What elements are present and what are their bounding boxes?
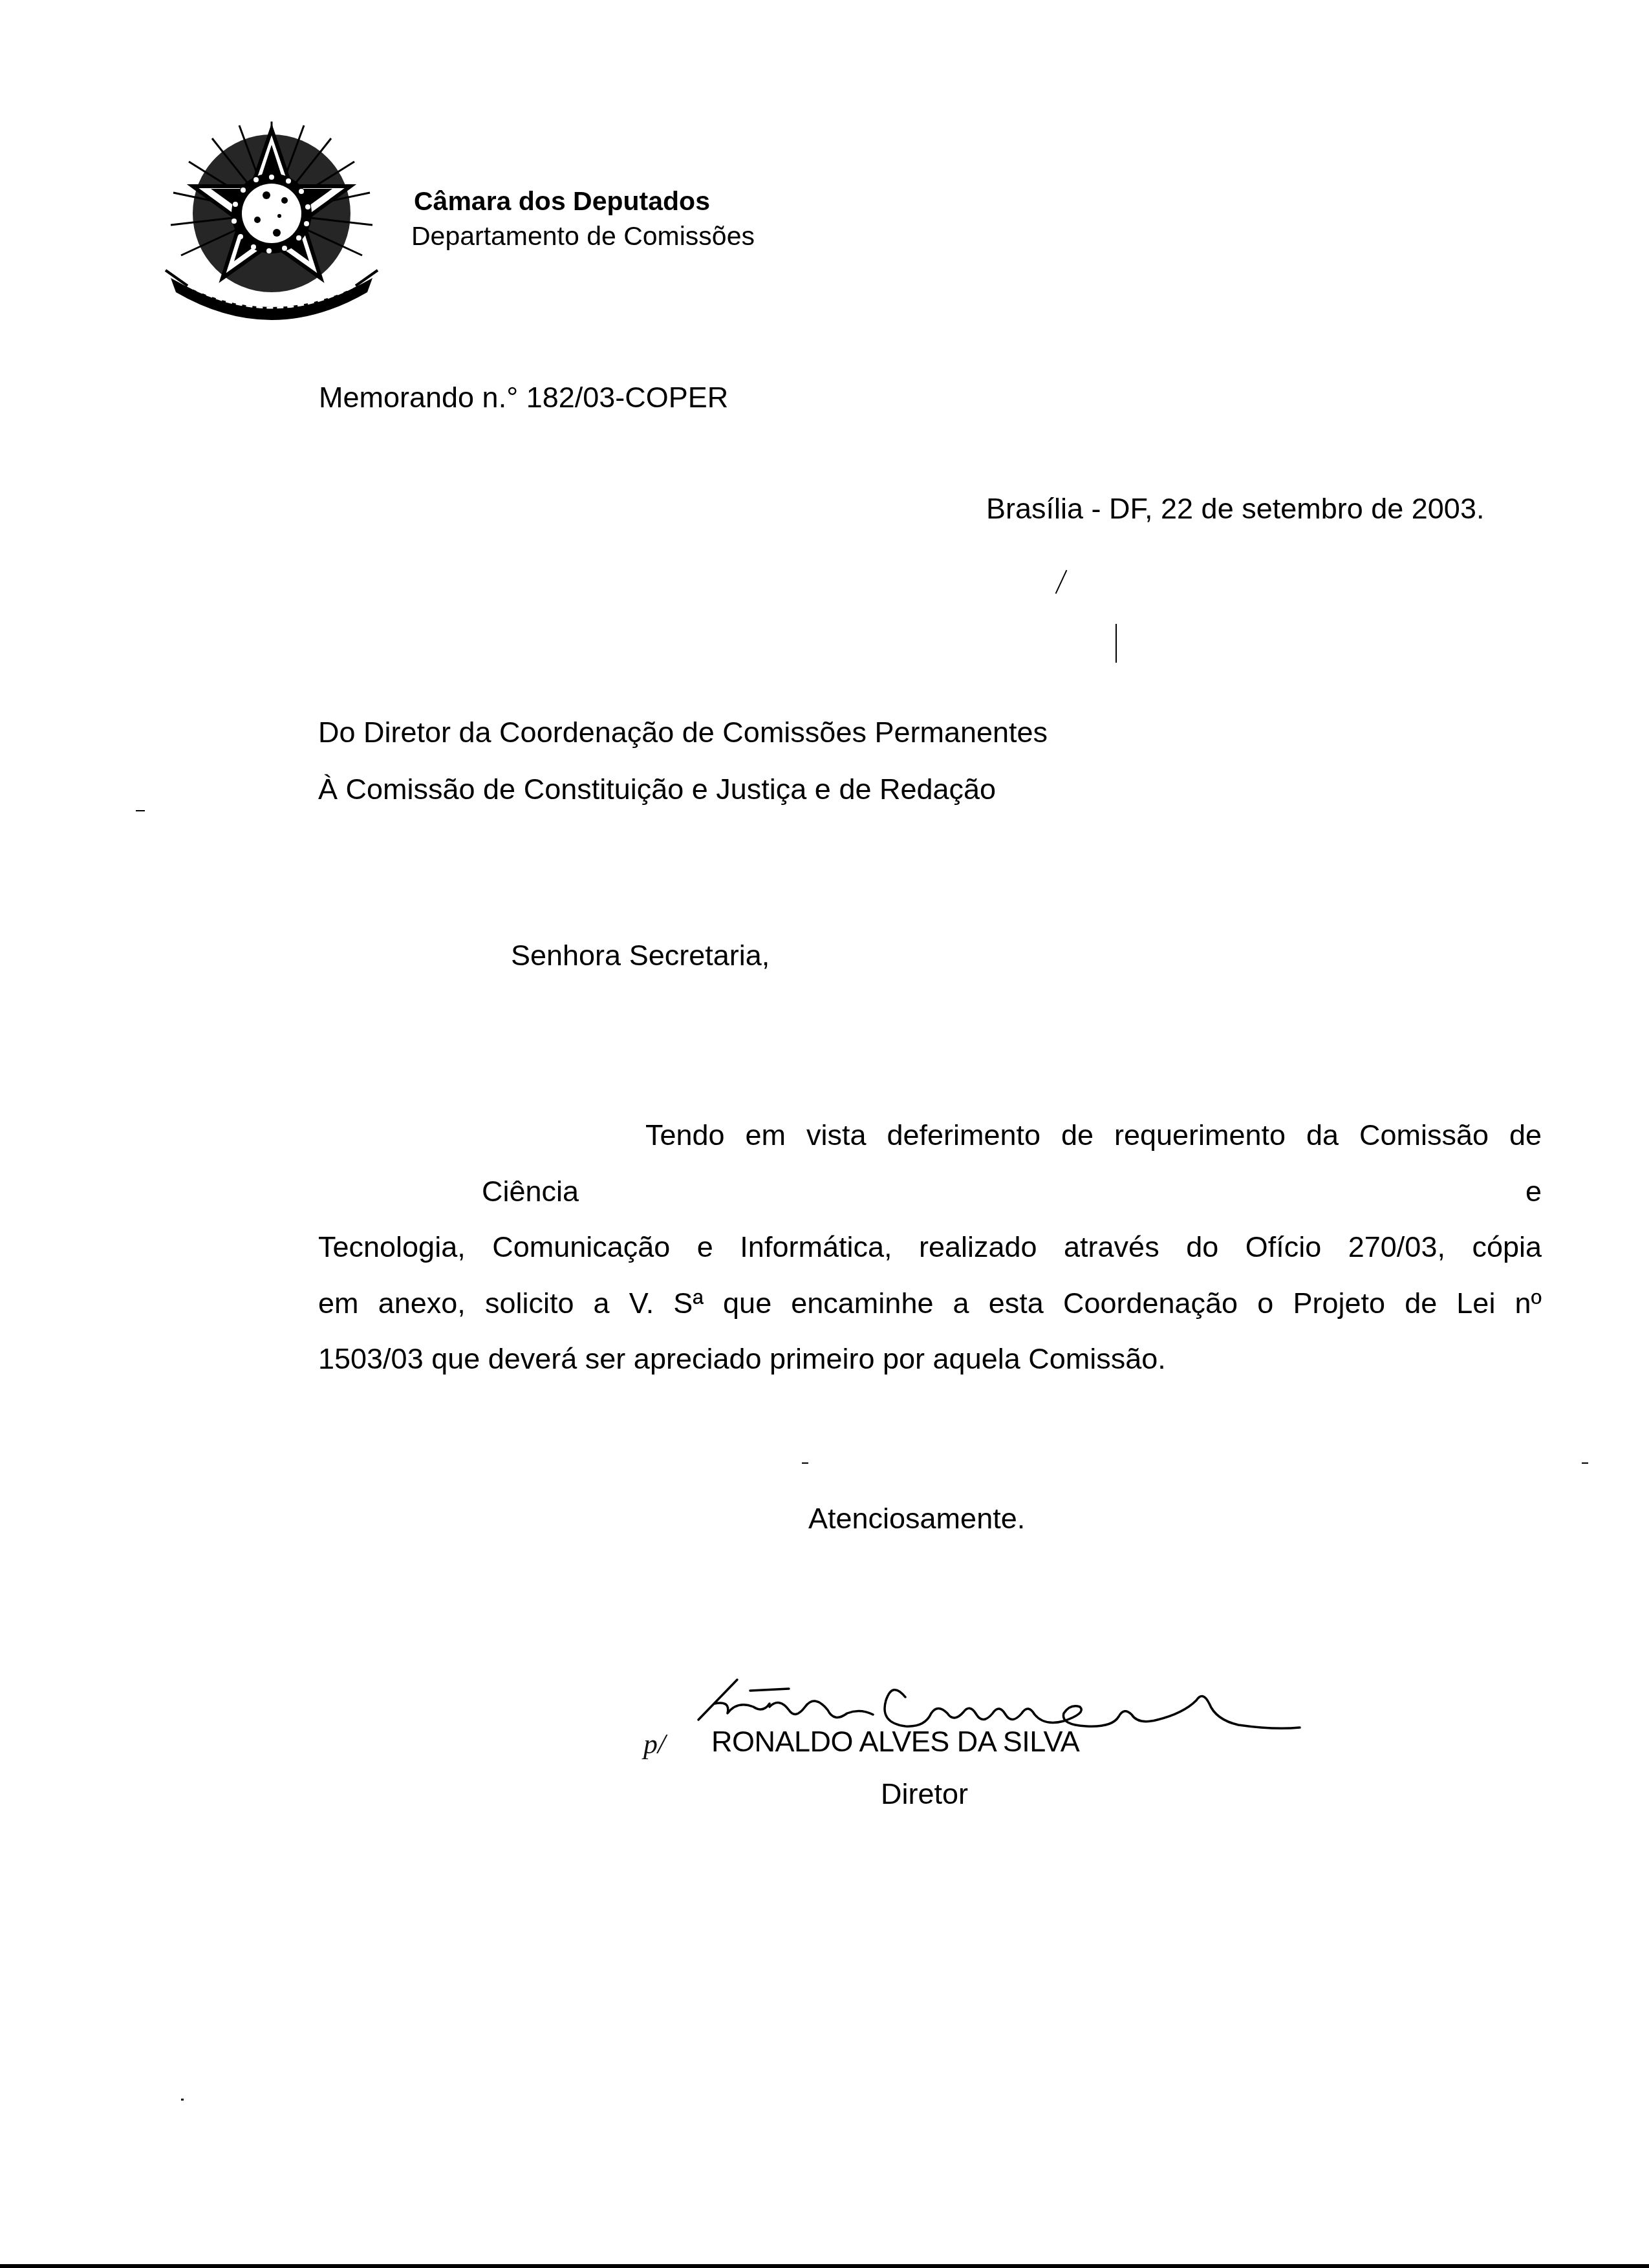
recipient-line: À Comissão de Constituição e Justiça e d… (318, 775, 996, 804)
body-line: Tecnologia, Comunicação e Informática, r… (318, 1219, 1542, 1276)
scan-speck (1582, 1462, 1588, 1464)
body-line: em anexo, solicito a V. Sª que encaminhe… (318, 1276, 1542, 1332)
date-line: Brasília - DF, 22 de setembro de 2003. (986, 494, 1484, 523)
body-line: Tendo em vista deferimento de requerimen… (318, 1107, 1542, 1219)
body-paragraph: Tendo em vista deferimento de requerimen… (318, 1107, 1542, 1387)
body-line: 1503/03 que deverá ser apreciado primeir… (318, 1331, 1542, 1387)
signer-title: Diretor (881, 1779, 968, 1808)
department-name: Departamento de Comissões (411, 221, 755, 251)
scan-speck (1115, 624, 1117, 663)
closing: Atenciosamente. (808, 1504, 1025, 1533)
signer-name: RONALDO ALVES DA SILVA (711, 1725, 1079, 1759)
coat-of-arms-icon (162, 116, 382, 330)
scan-speck (802, 1462, 808, 1464)
organization-name: Câmara dos Deputados (414, 186, 710, 217)
salutation: Senhora Secretaria, (511, 941, 770, 970)
memo-number: Memorando n.° 182/03-COPER (319, 383, 728, 412)
scan-speck (181, 2099, 184, 2101)
per-procuration-mark: p/ (643, 1728, 665, 1760)
scan-speck (136, 810, 145, 811)
scan-speck (1055, 570, 1068, 594)
sender-line: Do Diretor da Coordenação de Comissões P… (318, 718, 1048, 747)
scan-border (0, 2264, 1649, 2268)
